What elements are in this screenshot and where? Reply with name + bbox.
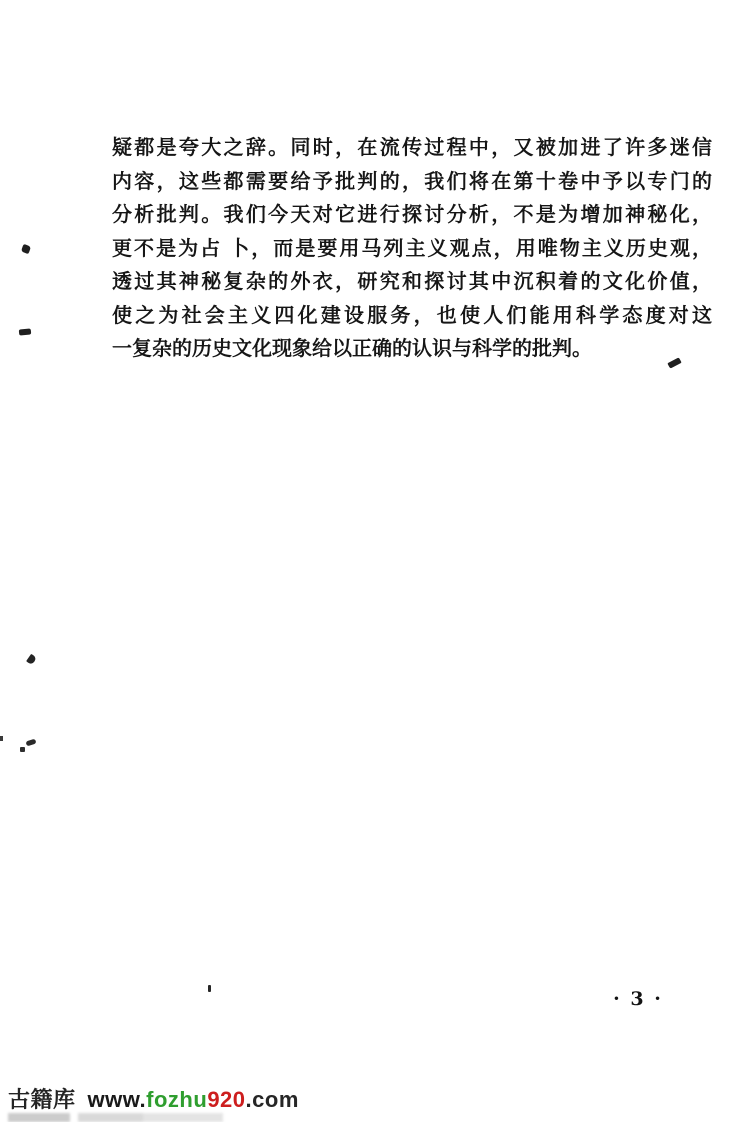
scanned-book-page: { "page": { "background_color": "#ffffff… (0, 0, 736, 1122)
text-line: 分析批判。我们今天对它进行探讨分析，不是为增加神秘化， (112, 199, 712, 233)
text-line: 一复杂的历史文化现象给以正确的认识与科学的批判。 (112, 333, 712, 367)
text-line: 透过其神秘复杂的外衣，研究和探讨其中沉积着的文化价值， (112, 266, 712, 300)
watermark-ghost (8, 1113, 223, 1122)
watermark-site-name: 古籍库 (8, 1087, 76, 1112)
watermark-url-com: .com (246, 1087, 299, 1112)
text-line: 使之为社会主义四化建设服务，也使人们能用科学态度对这 (112, 300, 712, 334)
ink-speck (21, 244, 31, 254)
watermark: 古籍库www.fozhu920.com (8, 1083, 299, 1114)
watermark-url-fozhu: fozhu (146, 1087, 207, 1112)
watermark-url-920: 920 (207, 1087, 245, 1112)
text-line: 更不是为占 卜，而是要用马列主义观点，用唯物主义历史观， (112, 233, 712, 267)
ink-speck (0, 736, 3, 741)
page-number: · 3 · (604, 988, 672, 1010)
ink-speck (26, 654, 37, 665)
ink-speck (25, 739, 36, 747)
watermark-url-www: www. (88, 1087, 147, 1112)
ink-speck (20, 747, 25, 752)
body-text-block: 疑都是夸大之辞。同时，在流传过程中，又被加进了许多迷信 内容，这些都需要给予批判… (112, 132, 712, 367)
text-line: 疑都是夸大之辞。同时，在流传过程中，又被加进了许多迷信 (112, 132, 712, 166)
ink-speck (19, 328, 32, 335)
text-line: 内容，这些都需要给予批判的，我们将在第十卷中予以专门的 (112, 166, 712, 200)
ink-speck (208, 985, 211, 992)
